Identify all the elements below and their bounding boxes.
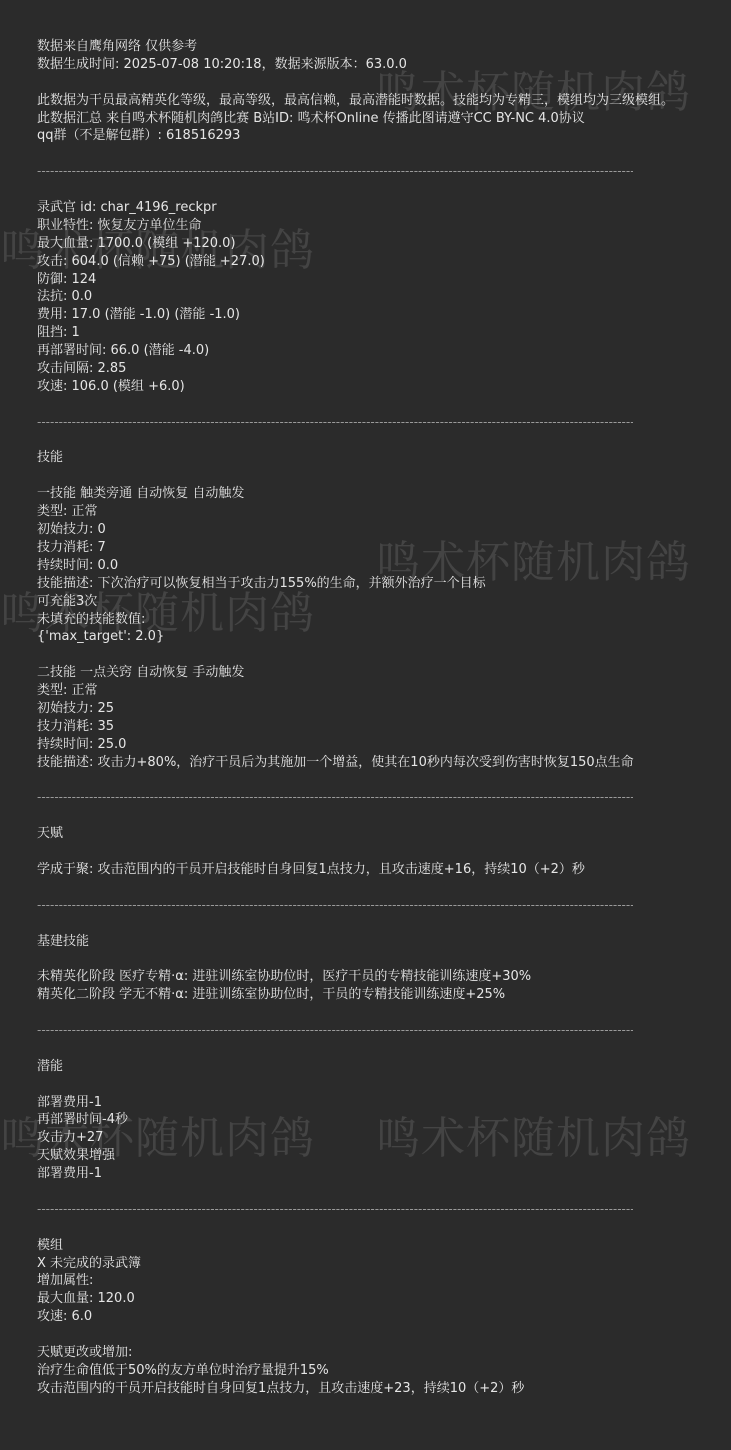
trait: 职业特性: 恢复友方单位生命 [37,217,717,235]
divider: ----------------------------------------… [37,414,633,432]
potential-item: 攻击力+27 [37,1129,717,1147]
skill1-duration: 持续时间: 0.0 [37,557,717,575]
module-heading: 模组 [37,1237,717,1255]
potential-item: 部署费用-1 [37,1165,717,1183]
stat-interval: 攻击间隔: 2.85 [37,360,717,378]
base-skill-2: 精英化二阶段 学无不精·α: 进驻训练室协助位时，干员的专精技能训练速度+25% [37,986,717,1004]
module-name: X 未完成的录武簿 [37,1255,717,1273]
skill1-unfilled-label: 未填充的技能数值: [37,611,717,629]
skill2-duration: 持续时间: 25.0 [37,736,717,754]
skill2-sp-cost: 技力消耗: 35 [37,718,717,736]
stat-res: 法抗: 0.0 [37,288,717,306]
divider: ----------------------------------------… [37,789,633,807]
source-note: 数据来自鹰角网络 仅供参考 [37,38,717,56]
skill2-type: 类型: 正常 [37,682,717,700]
stat-aspd: 攻速: 106.0 (模组 +6.0) [37,378,717,396]
module-hp: 最大血量: 120.0 [37,1290,717,1308]
divider: ----------------------------------------… [37,897,633,915]
potential-item: 天赋效果增强 [37,1147,717,1165]
skill1-init-sp: 初始技力: 0 [37,521,717,539]
skill2-init-sp: 初始技力: 25 [37,700,717,718]
divider: ----------------------------------------… [37,163,633,181]
module-talent-2: 攻击范围内的干员开启技能时自身回复1点技力，且攻击速度+23，持续10（+2）秒 [37,1380,717,1398]
divider: ----------------------------------------… [37,1022,633,1040]
stat-def: 防御: 124 [37,271,717,289]
skill2-desc: 技能描述: 攻击力+80%，治疗干员后为其施加一个增益，使其在10秒内每次受到伤… [37,754,717,772]
qq-group: qq群（不是解包群）: 618516293 [37,127,717,145]
module-talent-1: 治疗生命值低于50%的友方单位时治疗量提升15% [37,1362,717,1380]
skills-heading: 技能 [37,449,717,467]
data-note: 此数据为干员最高精英化等级，最高等级，最高信赖，最高潜能时数据。技能均为专精三，… [37,92,717,110]
operator-id: 录武官 id: char_4196_reckpr [37,199,717,217]
skill1-sp-cost: 技力消耗: 7 [37,539,717,557]
talent-1: 学成于聚: 攻击范围内的干员开启技能时自身回复1点技力，且攻击速度+16，持续1… [37,861,717,879]
stat-block: 阻挡: 1 [37,324,717,342]
talent-heading: 天赋 [37,825,717,843]
module-attr-label: 增加属性: [37,1272,717,1290]
potential-item: 再部署时间-4秒 [37,1111,717,1129]
module-aspd: 攻速: 6.0 [37,1308,717,1326]
stat-cost: 费用: 17.0 (潜能 -1.0) (潜能 -1.0) [37,306,717,324]
stat-redeploy: 再部署时间: 66.0 (潜能 -4.0) [37,342,717,360]
stat-hp: 最大血量: 1700.0 (模组 +120.0) [37,235,717,253]
skill2-name: 二技能 一点关窍 自动恢复 手动触发 [37,664,717,682]
skill1-type: 类型: 正常 [37,503,717,521]
skill1-desc: 技能描述: 下次治疗可以恢复相当于攻击力155%的生命，并额外治疗一个目标 [37,575,717,593]
skill1-charges: 可充能3次 [37,593,717,611]
potential-item: 部署费用-1 [37,1094,717,1112]
base-skill-1: 未精英化阶段 医疗专精·α: 进驻训练室协助位时，医疗干员的专精技能训练速度+3… [37,968,717,986]
skill1-unfilled: {'max_target': 2.0} [37,628,717,646]
credit-note: 此数据汇总 来自鸣术杯随机肉鸽比赛 B站ID: 鸣术杯Online 传播此图请遵… [37,110,717,128]
divider: ----------------------------------------… [37,1201,633,1219]
base-heading: 基建技能 [37,933,717,951]
module-talent-label: 天赋更改或增加: [37,1344,717,1362]
generated-time: 数据生成时间: 2025-07-08 10:20:18，数据来源版本：63.0.… [37,56,717,74]
operator-data-document: 数据来自鹰角网络 仅供参考 数据生成时间: 2025-07-08 10:20:1… [37,38,717,1398]
potential-heading: 潜能 [37,1058,717,1076]
skill1-name: 一技能 触类旁通 自动恢复 自动触发 [37,485,717,503]
stat-atk: 攻击: 604.0 (信赖 +75) (潜能 +27.0) [37,253,717,271]
